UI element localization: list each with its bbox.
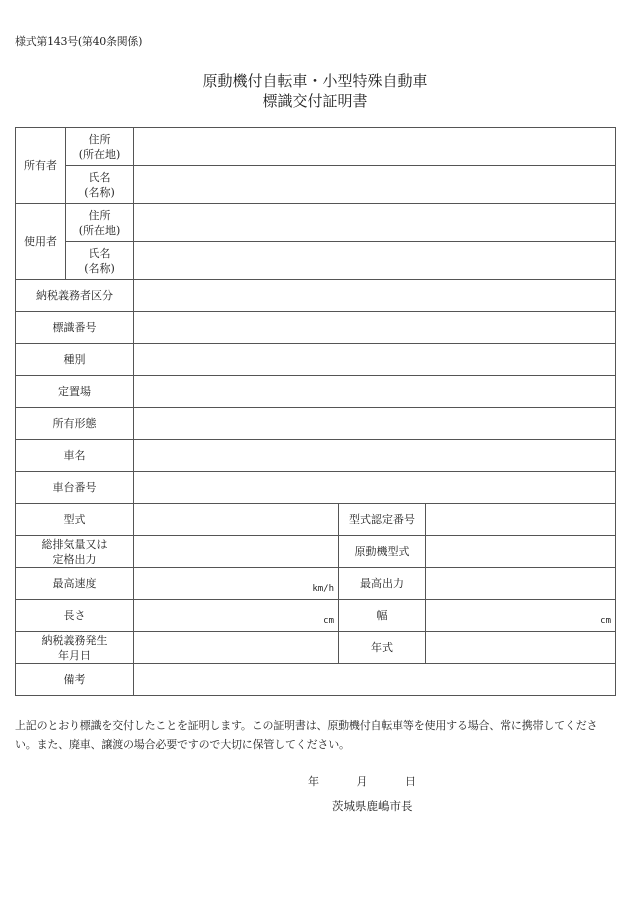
- date-month: 月: [357, 775, 368, 788]
- vehicle-type-label: 種別: [16, 344, 134, 376]
- length-unit: cm: [323, 614, 334, 629]
- vehicle-name-field[interactable]: [134, 440, 616, 472]
- chassis-number-label: 車台番号: [16, 472, 134, 504]
- max-speed-field[interactable]: km/h: [134, 568, 339, 600]
- owner-label: 所有者: [16, 128, 66, 204]
- certificate-table: 所有者 住所 (所在地) 氏名 (名称) 使用者 住所 (所在地) 氏名 (名称…: [15, 127, 616, 696]
- issuer-name: 茨城県鹿嶋市長: [332, 798, 413, 814]
- width-field[interactable]: cm: [426, 600, 616, 632]
- vehicle-name-label: 車名: [16, 440, 134, 472]
- user-label: 使用者: [16, 204, 66, 280]
- date-year: 年: [308, 775, 319, 788]
- ownership-type-field[interactable]: [134, 408, 616, 440]
- model-cert-number-field[interactable]: [426, 504, 616, 536]
- certification-notice: 上記のとおり標識を交付したことを証明します。この証明書は、原動機付自転車等を使用…: [15, 716, 617, 754]
- width-label: 幅: [339, 600, 426, 632]
- user-name-label: 氏名 (名称): [66, 242, 134, 280]
- length-field[interactable]: cm: [134, 600, 339, 632]
- issue-date: 年 月 日: [308, 773, 436, 789]
- max-speed-label: 最高速度: [16, 568, 134, 600]
- max-output-field[interactable]: [426, 568, 616, 600]
- model-cert-number-label: 型式認定番号: [339, 504, 426, 536]
- ownership-type-label: 所有形態: [16, 408, 134, 440]
- plate-number-field[interactable]: [134, 312, 616, 344]
- taxpayer-category-field[interactable]: [134, 280, 616, 312]
- model-year-field[interactable]: [426, 632, 616, 664]
- user-name-field[interactable]: [134, 242, 616, 280]
- displacement-label: 総排気量又は 定格出力: [16, 536, 134, 568]
- user-address-field[interactable]: [134, 204, 616, 242]
- document-title-line1: 原動機付自転車・小型特殊自動車: [0, 70, 630, 91]
- chassis-number-field[interactable]: [134, 472, 616, 504]
- width-unit: cm: [600, 614, 611, 629]
- tax-liability-date-field[interactable]: [134, 632, 339, 664]
- vehicle-type-field[interactable]: [134, 344, 616, 376]
- length-label: 長さ: [16, 600, 134, 632]
- engine-model-field[interactable]: [426, 536, 616, 568]
- max-output-label: 最高出力: [339, 568, 426, 600]
- model-label: 型式: [16, 504, 134, 536]
- storage-location-field[interactable]: [134, 376, 616, 408]
- remarks-label: 備考: [16, 664, 134, 696]
- displacement-field[interactable]: [134, 536, 339, 568]
- model-year-label: 年式: [339, 632, 426, 664]
- date-day: 日: [405, 775, 416, 788]
- remarks-field[interactable]: [134, 664, 616, 696]
- owner-address-label: 住所 (所在地): [66, 128, 134, 166]
- owner-name-label: 氏名 (名称): [66, 166, 134, 204]
- taxpayer-category-label: 納税義務者区分: [16, 280, 134, 312]
- model-field[interactable]: [134, 504, 339, 536]
- storage-location-label: 定置場: [16, 376, 134, 408]
- form-number: 様式第143号(第40条関係): [15, 33, 142, 49]
- engine-model-label: 原動機型式: [339, 536, 426, 568]
- plate-number-label: 標識番号: [16, 312, 134, 344]
- document-title-line2: 標識交付証明書: [0, 90, 630, 111]
- owner-address-field[interactable]: [134, 128, 616, 166]
- tax-liability-date-label: 納税義務発生 年月日: [16, 632, 134, 664]
- user-address-label: 住所 (所在地): [66, 204, 134, 242]
- max-speed-unit: km/h: [312, 582, 334, 597]
- owner-name-field[interactable]: [134, 166, 616, 204]
